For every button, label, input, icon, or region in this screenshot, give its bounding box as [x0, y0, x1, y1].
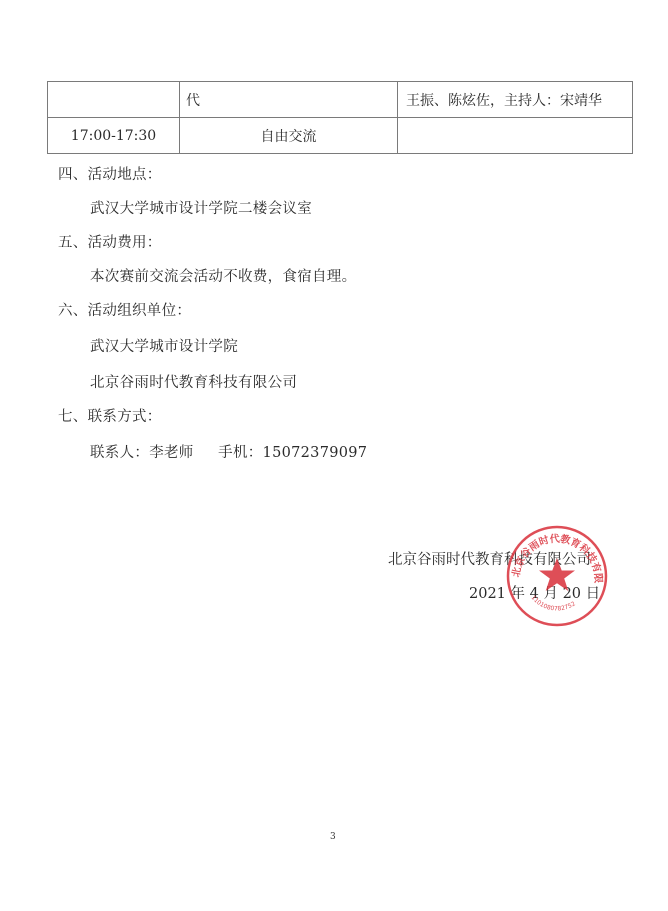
- document-page: 代 王振、陈炫佐，主持人：宋靖华 17:00-17:30 自由交流 四、活动地点…: [0, 0, 668, 911]
- section-heading-organizer: 六、活动组织单位：: [58, 299, 191, 320]
- people-cell: [398, 118, 633, 154]
- table-row: 17:00-17:30 自由交流: [48, 118, 633, 154]
- section-heading-fee: 五、活动费用：: [58, 231, 162, 252]
- fee-text: 本次赛前交流会活动不收费，食宿自理。: [90, 265, 356, 286]
- company-seal-icon: 北京谷雨时代教育科技有限公司 1101080782752: [505, 524, 609, 628]
- people-cell: 王振、陈炫佐，主持人：宋靖华: [398, 82, 633, 118]
- section-heading-location: 四、活动地点：: [58, 163, 162, 184]
- time-cell: 17:00-17:30: [48, 118, 180, 154]
- activity-cell: 自由交流: [180, 118, 398, 154]
- organizer-1: 武汉大学城市设计学院: [90, 335, 238, 356]
- activity-cell: 代: [180, 82, 398, 118]
- section-heading-contact: 七、联系方式：: [58, 405, 162, 426]
- schedule-table: 代 王振、陈炫佐，主持人：宋靖华 17:00-17:30 自由交流: [47, 81, 633, 154]
- table-row: 代 王振、陈炫佐，主持人：宋靖华: [48, 82, 633, 118]
- time-cell: [48, 82, 180, 118]
- svg-text:1101080782752: 1101080782752: [530, 594, 577, 612]
- contact-text: 联系人：李老师 手机：15072379097: [90, 441, 367, 462]
- organizer-2: 北京谷雨时代教育科技有限公司: [90, 371, 297, 392]
- location-text: 武汉大学城市设计学院二楼会议室: [90, 197, 312, 218]
- page-number: 3: [330, 832, 336, 842]
